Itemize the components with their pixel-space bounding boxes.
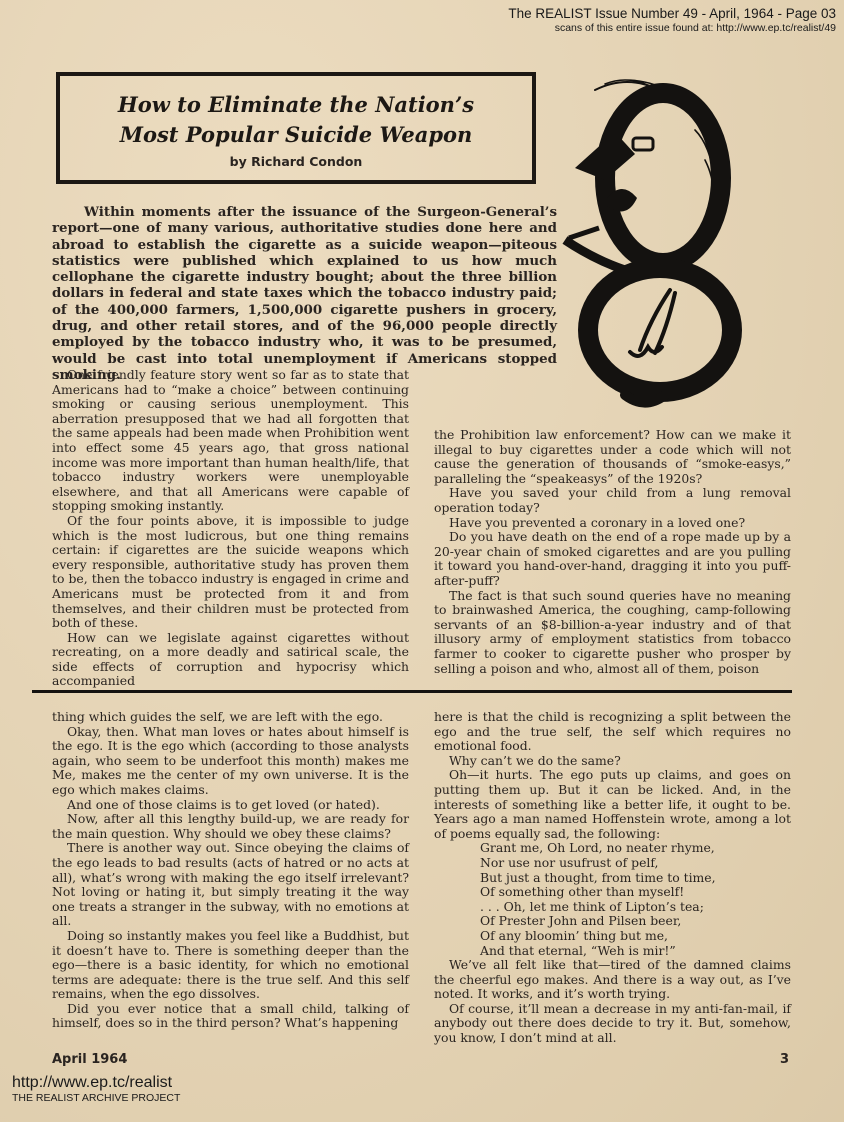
article-title-line2: Most Popular Suicide Weapon (60, 120, 532, 150)
paragraph: Have you prevented a coronary in a loved… (434, 516, 791, 531)
poem-line: Of something other than myself! (480, 885, 791, 900)
paragraph: How can we legislate against cigarettes … (52, 631, 409, 689)
paragraph: Okay, then. What man loves or hates abou… (52, 725, 409, 798)
cartoon-figure-eight-smoker-icon (555, 70, 755, 415)
lower-column-left: thing which guides the self, we are left… (52, 710, 409, 1031)
issue-line: The REALIST Issue Number 49 - April, 196… (508, 6, 836, 22)
poem-line: Nor use nor usufrust of pelf, (480, 856, 791, 871)
page-number: 3 (780, 1052, 789, 1067)
byline: by Richard Condon (60, 154, 532, 169)
archive-credit: http://www.ep.tc/realist THE REALIST ARC… (12, 1074, 180, 1105)
paragraph: One friendly feature story went so far a… (52, 368, 409, 514)
lead-paragraph: Within moments after the issuance of the… (52, 204, 557, 383)
paragraph: Oh—it hurts. The ego puts up claims, and… (434, 768, 791, 841)
archive-url[interactable]: http://www.ep.tc/realist (12, 1074, 180, 1092)
paragraph: Of course, it’ll mean a decrease in my a… (434, 1002, 791, 1046)
upper-column-right: the Prohibition law enforcement? How can… (434, 428, 791, 676)
lower-column-right: here is that the child is recognizing a … (434, 710, 791, 1046)
poem-line: And that eternal, “Weh is mir!” (480, 944, 791, 959)
poem-line: Of any bloomin’ thing but me, (480, 929, 791, 944)
poem-line: But just a thought, from time to time, (480, 871, 791, 886)
paragraph: We’ve all felt like that—tired of the da… (434, 958, 791, 1002)
paragraph: Of the four points above, it is impossib… (52, 514, 409, 631)
poem-line: Grant me, Oh Lord, no neater rhyme, (480, 841, 791, 856)
poem-line: . . . Oh, let me think of Lipton’s tea; (480, 900, 791, 915)
footer-date: April 1964 (52, 1052, 127, 1067)
title-box: How to Eliminate the Nation’s Most Popul… (56, 72, 536, 184)
upper-column-left: One friendly feature story went so far a… (52, 368, 409, 689)
paragraph: And one of those claims is to get loved … (52, 798, 409, 813)
scan-source-line: scans of this entire issue found at: htt… (508, 22, 836, 35)
paragraph: the Prohibition law enforcement? How can… (434, 428, 791, 486)
paragraph: Doing so instantly makes you feel like a… (52, 929, 409, 1002)
paragraph: Have you saved your child from a lung re… (434, 486, 791, 515)
paragraph: The fact is that such sound queries have… (434, 589, 791, 677)
paragraph: Now, after all this lengthy build-up, we… (52, 812, 409, 841)
section-divider (32, 690, 792, 693)
paragraph: Why can’t we do the same? (434, 754, 791, 769)
poem-line: Of Prester John and Pilsen beer, (480, 914, 791, 929)
poem: Grant me, Oh Lord, no neater rhyme, Nor … (480, 841, 791, 958)
archive-project: THE REALIST ARCHIVE PROJECT (12, 1092, 180, 1105)
paragraph: here is that the child is recognizing a … (434, 710, 791, 754)
paragraph: thing which guides the self, we are left… (52, 710, 409, 725)
paragraph: Did you ever notice that a small child, … (52, 1002, 409, 1031)
paragraph: There is another way out. Since obeying … (52, 841, 409, 929)
scan-header: The REALIST Issue Number 49 - April, 196… (508, 6, 836, 35)
article-title-line1: How to Eliminate the Nation’s (60, 90, 532, 120)
paragraph: Do you have death on the end of a rope m… (434, 530, 791, 588)
